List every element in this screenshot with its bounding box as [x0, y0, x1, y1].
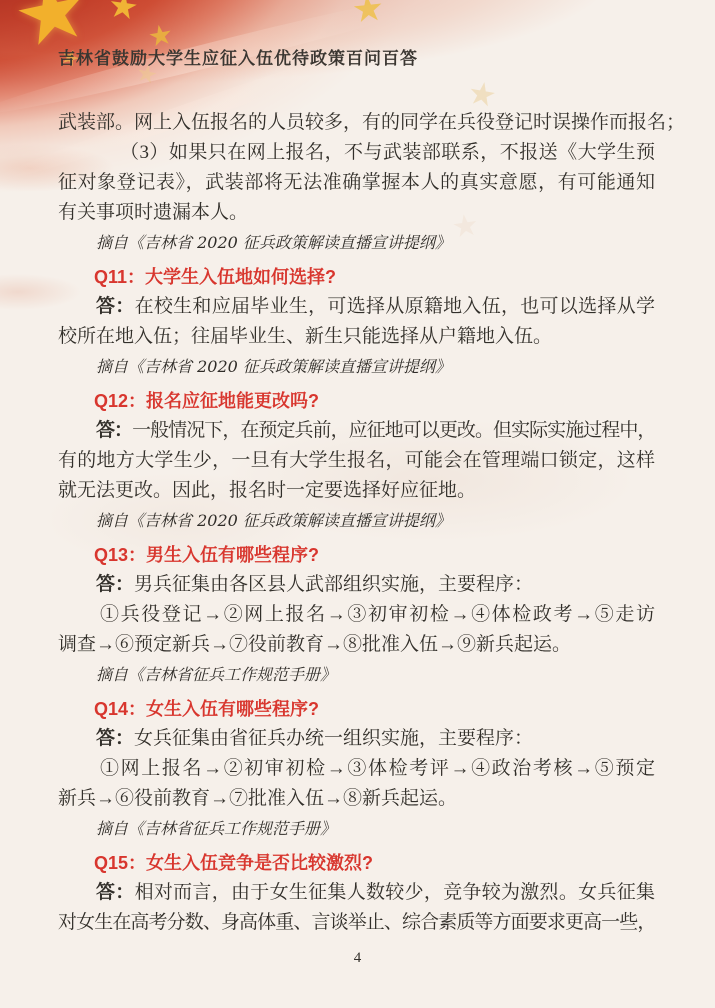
star-icon: ★ — [465, 76, 499, 112]
line-text: 新兵→⑥役前教育→⑦批准入伍→⑧新兵起运。 — [58, 788, 457, 809]
answer-line: 校所在地入伍；往届毕业生、新生只能选择从户籍地入伍。 — [58, 322, 655, 352]
line-text: 校所在地入伍；往届毕业生、新生只能选择从户籍地入伍。 — [58, 326, 552, 347]
document-content: 武装部。网上入伍报名的人员较多，有的同学在兵役登记时误操作而报名；（3）如果只在… — [58, 108, 655, 938]
answer-lead: 答： — [96, 296, 135, 317]
line-text: 相对而言，由于女生征集人数较少，竞争较为激烈。女兵征集 — [135, 882, 655, 903]
line-text: 摘自《吉林省 2020 征兵政策解读直播宣讲提纲》 — [96, 233, 451, 252]
line-text: 在校生和应届毕业生，可选择从原籍地入伍，也可以选择从学 — [135, 296, 655, 317]
line-text: Q13：男生入伍有哪些程序? — [94, 545, 319, 565]
source-citation: 摘自《吉林省 2020 征兵政策解读直播宣讲提纲》 — [58, 352, 655, 382]
source-citation: 摘自《吉林省征兵工作规范手册》 — [58, 660, 655, 690]
line-text: 征对象登记表》，武装部将无法准确掌握本人的真实意愿，有可能通知 — [58, 172, 655, 193]
line-text: 摘自《吉林省征兵工作规范手册》 — [96, 665, 336, 684]
line-text: 摘自《吉林省征兵工作规范手册》 — [96, 819, 336, 838]
line-text: Q15：女生入伍竞争是否比较激烈? — [94, 853, 373, 873]
answer-line: 就无法更改。因此，报名时一定要选择好应征地。 — [58, 476, 655, 506]
procedure-line: ①兵役登记→②网上报名→③初审初检→④体检政考→⑤走访 — [58, 600, 655, 630]
source-citation: 摘自《吉林省 2020 征兵政策解读直播宣讲提纲》 — [58, 506, 655, 536]
line-text: Q14：女生入伍有哪些程序? — [94, 699, 319, 719]
line-text: 有关事项时遗漏本人。 — [58, 202, 248, 223]
answer-line: 答：女兵征集由省征兵办统一组织实施，主要程序： — [58, 724, 655, 754]
line-text: 调查→⑥预定新兵→⑦役前教育→⑧批准入伍→⑨新兵起运。 — [58, 634, 571, 655]
line-text: 有的地方大学生少，一旦有大学生报名，可能会在管理端口锁定，这样 — [58, 450, 655, 471]
answer-line: 对女生在高考分数、身高体重、言谈举止、综合素质等方面要求更高一些， — [58, 908, 655, 938]
question-heading: Q13：男生入伍有哪些程序? — [58, 540, 655, 570]
answer-line: 答：一般情况下，在预定兵前，应征地可以更改。但实际实施过程中， — [58, 416, 655, 446]
continuation-line: 武装部。网上入伍报名的人员较多，有的同学在兵役登记时误操作而报名； — [58, 108, 655, 138]
page-number: 4 — [0, 950, 715, 967]
answer-line: 有的地方大学生少，一旦有大学生报名，可能会在管理端口锁定，这样 — [58, 446, 655, 476]
line-text: ①网上报名→②初审初检→③体检考评→④政治考核→⑤预定 — [100, 758, 655, 779]
procedure-line: 新兵→⑥役前教育→⑦批准入伍→⑧新兵起运。 — [58, 784, 655, 814]
line-text: （3）如果只在网上报名，不与武装部联系，不报送《大学生预 — [120, 142, 655, 163]
answer-line: 答：相对而言，由于女生征集人数较少，竞争较为激烈。女兵征集 — [58, 878, 655, 908]
procedure-line: 调查→⑥预定新兵→⑦役前教育→⑧批准入伍→⑨新兵起运。 — [58, 630, 655, 660]
star-icon: ★ — [350, 0, 386, 30]
answer-lead: 答： — [96, 574, 134, 595]
question-heading: Q12：报名应征地能更改吗? — [58, 386, 655, 416]
source-citation: 摘自《吉林省征兵工作规范手册》 — [58, 814, 655, 844]
paragraph-line: 有关事项时遗漏本人。 — [58, 198, 655, 228]
question-heading: Q15：女生入伍竞争是否比较激烈? — [58, 848, 655, 878]
line-text: 摘自《吉林省 2020 征兵政策解读直播宣讲提纲》 — [96, 357, 451, 376]
star-icon: ★ — [106, 0, 141, 26]
paragraph-line: 征对象登记表》，武装部将无法准确掌握本人的真实意愿，有可能通知 — [58, 168, 655, 198]
line-text: 摘自《吉林省 2020 征兵政策解读直播宣讲提纲》 — [96, 511, 451, 530]
answer-lead: 答： — [96, 728, 134, 749]
line-text: Q11：大学生入伍地如何选择? — [94, 267, 336, 287]
source-citation: 摘自《吉林省 2020 征兵政策解读直播宣讲提纲》 — [58, 228, 655, 258]
line-text: 武装部。网上入伍报名的人员较多，有的同学在兵役登记时误操作而报名； — [58, 112, 685, 133]
line-text: 就无法更改。因此，报名时一定要选择好应征地。 — [58, 480, 476, 501]
page-title: 吉林省鼓励大学生应征入伍优待政策百问百答 — [58, 44, 418, 69]
answer-line: 答：在校生和应届毕业生，可选择从原籍地入伍，也可以选择从学 — [58, 292, 655, 322]
document-page: ★ ★ ★ ★ ★ ★ ★ ★ 吉林省鼓励大学生应征入伍优待政策百问百答 武装部… — [0, 0, 715, 1008]
procedure-line: ①网上报名→②初审初检→③体检考评→④政治考核→⑤预定 — [58, 754, 655, 784]
line-text: Q12：报名应征地能更改吗? — [94, 391, 319, 411]
paragraph-line: （3）如果只在网上报名，不与武装部联系，不报送《大学生预 — [58, 138, 655, 168]
answer-lead: 答： — [96, 882, 135, 903]
line-text: ①兵役登记→②网上报名→③初审初检→④体检政考→⑤走访 — [100, 604, 655, 625]
line-text: 一般情况下，在预定兵前，应征地可以更改。但实际实施过程中， — [132, 420, 655, 441]
line-text: 男兵征集由各区县人武部组织实施，主要程序： — [134, 574, 533, 595]
question-heading: Q14：女生入伍有哪些程序? — [58, 694, 655, 724]
line-text: 对女生在高考分数、身高体重、言谈举止、综合素质等方面要求更高一些， — [58, 912, 655, 933]
answer-lead: 答： — [96, 420, 132, 441]
question-heading: Q11：大学生入伍地如何选择? — [58, 262, 655, 292]
line-text: 女兵征集由省征兵办统一组织实施，主要程序： — [134, 728, 533, 749]
answer-line: 答：男兵征集由各区县人武部组织实施，主要程序： — [58, 570, 655, 600]
